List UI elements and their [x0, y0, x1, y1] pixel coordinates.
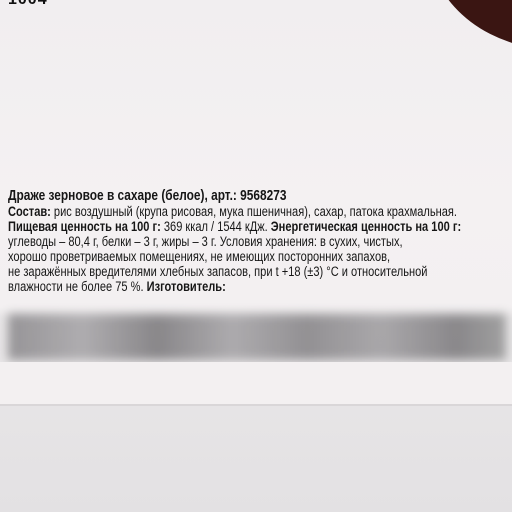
nutrition-value: 369 ккал / 1544 кДж. — [164, 219, 268, 234]
nutrition-label: Пищевая ценность на 100 г: — [8, 219, 161, 234]
energy-label: Энергетическая ценность на 100 г: — [271, 219, 461, 234]
product-title: Драже зерновое в сахаре (белое), арт.: 9… — [8, 188, 416, 204]
storage-line-2: хорошо проветриваемых помещениях, не име… — [8, 249, 416, 264]
dark-package-corner — [416, 0, 512, 48]
product-label: Драже зерновое в сахаре (белое), арт.: 9… — [8, 188, 416, 294]
top-text-fragment: 1004 — [8, 0, 48, 9]
humidity-line: влажности не более 75 %. Изготовитель: — [8, 279, 416, 294]
nutrition-line: Пищевая ценность на 100 г: 369 ккал / 15… — [8, 219, 416, 234]
label-bottom-band — [0, 362, 512, 404]
composition-line: Состав: рис воздушный (крупа рисовая, му… — [8, 204, 416, 219]
macros-storage-line: углеводы – 80,4 г, белки – 3 г, жиры – 3… — [8, 234, 416, 249]
humidity-text: влажности не более 75 %. — [8, 279, 144, 294]
package-edge-divider — [0, 404, 512, 406]
blurred-manufacturer-info — [8, 314, 506, 360]
storage-line-3: не заражённых вредителями хлебных запасо… — [8, 264, 416, 279]
manufacturer-label: Изготовитель: — [147, 279, 226, 294]
composition-label: Состав: — [8, 204, 51, 219]
composition-text: рис воздушный (крупа рисовая, мука пшени… — [54, 204, 457, 219]
